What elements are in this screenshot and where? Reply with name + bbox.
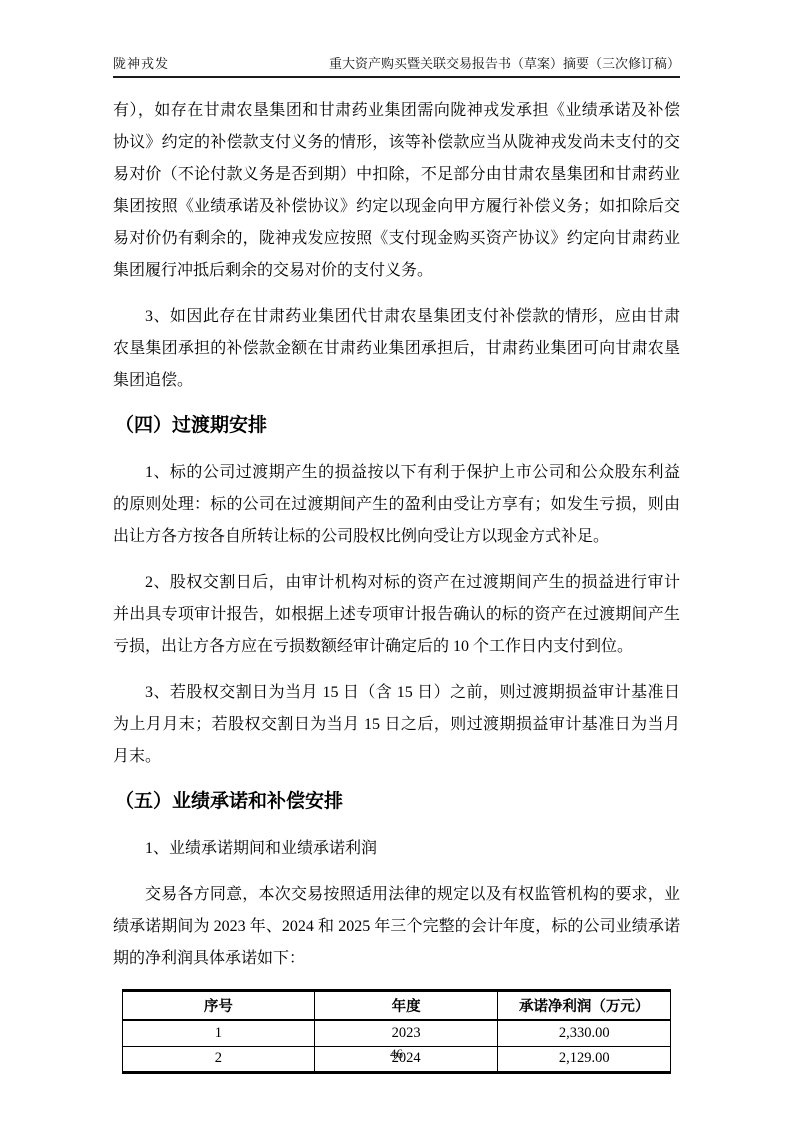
column-header-seq: 序号 [123,991,315,1021]
subheading-commitment-period: 1、业绩承诺期间和业绩承诺利润 [113,833,680,865]
header-report-title: 重大资产购买暨关联交易报告书（草案）摘要（三次修订稿） [329,55,680,72]
cell-profit: 2,330.00 [498,1020,671,1046]
column-header-year: 年度 [314,991,498,1021]
running-header: 陇神戎发 重大资产购买暨关联交易报告书（草案）摘要（三次修订稿） [113,55,680,78]
paragraph-s4-item-3: 3、若股权交割日为当月 15 日（含 15 日）之前，则过渡期损益审计基准日为上… [113,677,680,773]
paragraph-s4-item-1: 1、标的公司过渡期产生的损益按以下有利于保护上市公司和公众股东利益的原则处理：标… [113,457,680,553]
cell-seq: 1 [123,1020,315,1046]
section-heading-transition-period: （四）过渡期安排 [115,413,680,439]
paragraph-compensation-offset: 有），如存在甘肃农垦集团和甘肃药业集团需向陇神戎发承担《业绩承诺及补偿协议》约定… [113,95,680,287]
paragraph-item-3-recourse: 3、如因此存在甘肃药业集团代甘肃农垦集团支付补偿款的情形，应由甘肃农垦集团承担的… [113,301,680,397]
header-company-name: 陇神戎发 [113,55,169,72]
cell-year: 2023 [314,1020,498,1046]
table-row: 1 2023 2,330.00 [123,1020,671,1046]
document-page: 陇神戎发 重大资产购买暨关联交易报告书（草案）摘要（三次修订稿） 有），如存在甘… [0,0,793,1122]
page-number: 46 [0,1046,793,1062]
table-header-row: 序号 年度 承诺净利润（万元） [123,991,671,1021]
section-heading-performance-commitment: （五）业绩承诺和补偿安排 [115,789,680,815]
paragraph-s5-intro: 交易各方同意，本次交易按照适用法律的规定以及有权监管机构的要求，业绩承诺期间为 … [113,879,680,975]
paragraph-s4-item-2: 2、股权交割日后，由审计机构对标的资产在过渡期间产生的损益进行审计并出具专项审计… [113,567,680,663]
column-header-profit: 承诺净利润（万元） [498,991,671,1021]
document-body: 有），如存在甘肃农垦集团和甘肃药业集团需向陇神戎发承担《业绩承诺及补偿协议》约定… [113,95,680,1074]
